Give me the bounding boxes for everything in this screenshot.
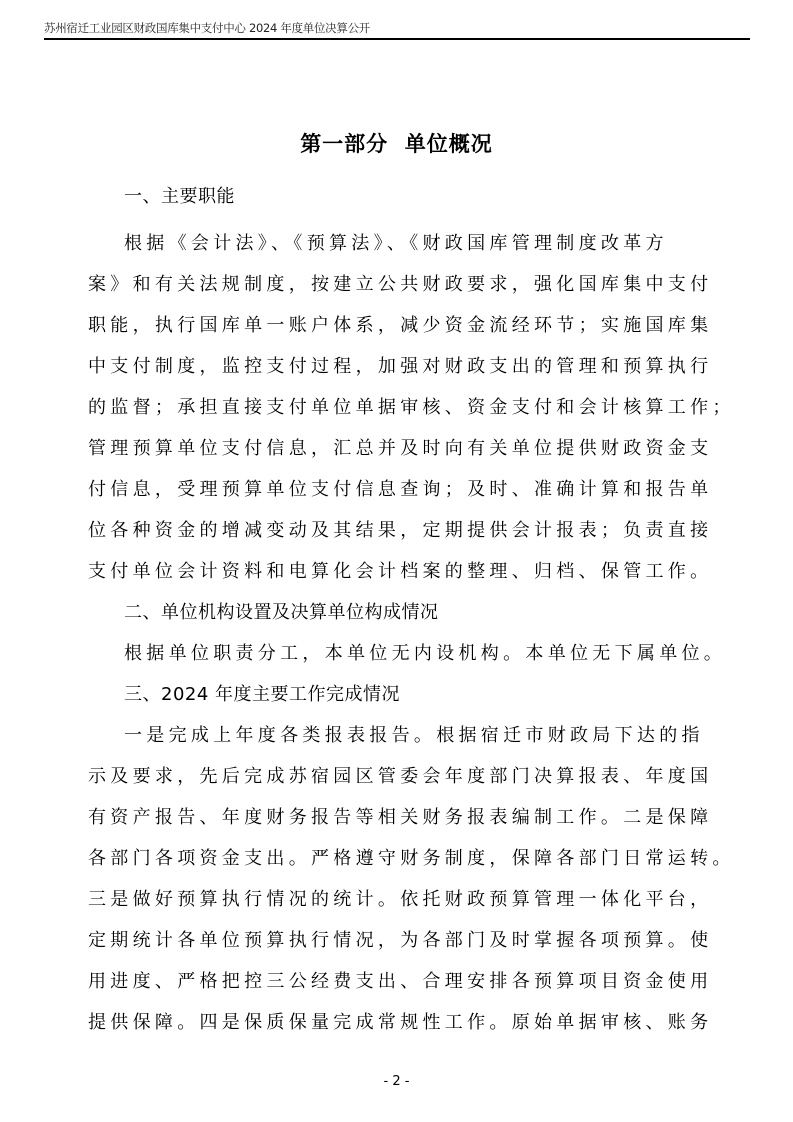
section-heading-3: 三、2024 年度主要工作完成情况: [124, 680, 400, 706]
paragraph-line: 示及要求，先后完成苏宿园区管委会年度部门决算报表、年度国: [88, 762, 712, 788]
section-heading-2: 二、单位机构设置及决算单位构成情况: [124, 598, 439, 624]
paragraph-line: 有资产报告、年度财务报告等相关财务报表编制工作。二是保障: [88, 803, 712, 829]
paragraph-line: 职能，执行国库单一账户体系，减少资金流经环节；实施国库集: [88, 311, 712, 337]
paragraph-line: 用进度、严格把控三公经费支出、合理安排各预算项目资金使用: [88, 967, 712, 993]
paragraph-line: 管理预算单位支付信息，汇总并及时向有关单位提供财政资金支: [88, 434, 712, 460]
header-rule: [44, 38, 750, 40]
paragraph-line: 根据《会计法》、《预算法》、《财政国库管理制度改革方: [124, 229, 668, 255]
page-title: 第一部分 单位概况: [0, 128, 793, 158]
section-heading-1: 一、主要职能: [124, 182, 235, 208]
paragraph-line: 三是做好预算执行情况的统计。依托财政预算管理一体化平台，: [88, 885, 712, 911]
paragraph-line: 支付单位会计资料和电算化会计档案的整理、归档、保管工作。: [88, 557, 712, 583]
paragraph-line: 位各种资金的增减变动及其结果，定期提供会计报表；负责直接: [88, 516, 712, 542]
paragraph-line: 定期统计各单位预算执行情况，为各部门及时掌握各项预算。使: [88, 926, 712, 952]
paragraph-line: 中支付制度，监控支付过程，加强对财政支出的管理和预算执行: [88, 352, 712, 378]
paragraph-line: 的监督；承担直接支付单位单据审核、资金支付和会计核算工作；: [88, 393, 735, 419]
header-title: 苏州宿迁工业园区财政国库集中支付中心 2024 年度单位决算公开: [44, 21, 750, 35]
paragraph-line: 各部门各项资金支出。严格遵守财务制度，保障各部门日常运转。: [88, 844, 735, 870]
paragraph-line: 提供保障。四是保质保量完成常规性工作。原始单据审核、账务: [88, 1008, 712, 1034]
paragraph-line: 一是完成上年度各类报表报告。根据宿迁市财政局下达的指: [124, 721, 704, 747]
paragraph-line: 根据单位职责分工，本单位无内设机构。本单位无下属单位。: [124, 639, 726, 665]
page-number: - 2 -: [0, 1074, 793, 1089]
running-header: 苏州宿迁工业园区财政国库集中支付中心 2024 年度单位决算公开: [44, 21, 750, 40]
paragraph-line: 付信息，受理预算单位支付信息查询；及时、准确计算和报告单: [88, 475, 712, 501]
paragraph-line: 案》和有关法规制度，按建立公共财政要求，强化国库集中支付: [88, 270, 712, 296]
